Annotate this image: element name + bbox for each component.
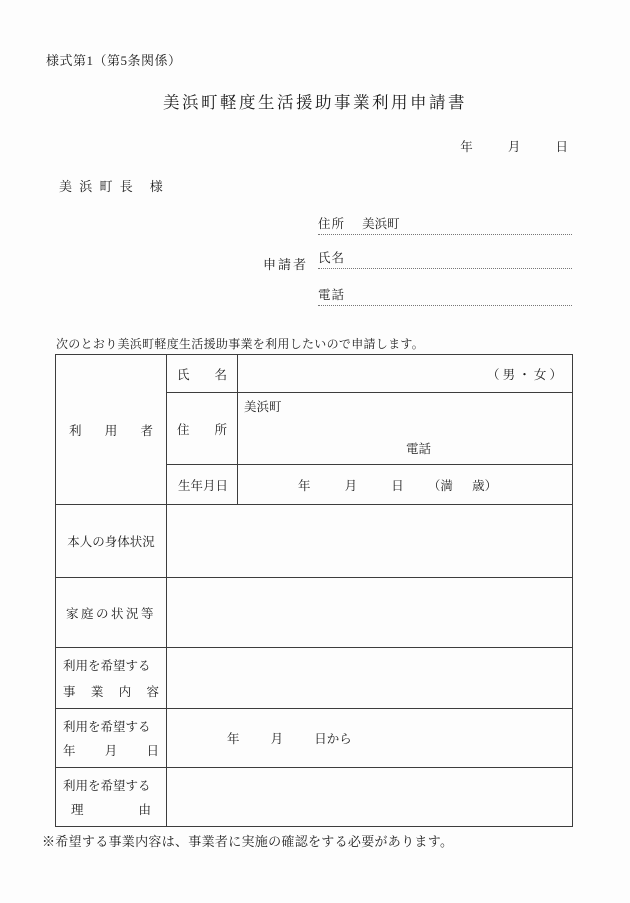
form-number: 様式第1（第5条関係） [46, 50, 182, 69]
table-row: 利用を希望する 理 由 [56, 768, 573, 827]
date-year-label: 年 [460, 140, 473, 154]
start-day-label: 日から [314, 732, 352, 746]
desired-date-label-cell: 利用を希望する 年 月 日 [56, 709, 167, 768]
application-table: 利 用 者 氏 名 （ 男 ・ 女 ） 住 所 [55, 354, 573, 827]
table-phone-label: 電話 [406, 439, 431, 457]
date-line: 年 月 日 [460, 137, 568, 155]
date-day-label: 日 [555, 140, 568, 154]
label-char: 名 [214, 365, 227, 383]
birth-date-label-cell: 生年月日 [167, 465, 238, 505]
name-label: 氏名 [318, 251, 345, 265]
family-status-label-cell: 家庭の状況等 [56, 578, 167, 648]
desired-reason-input-cell [167, 768, 573, 827]
label-char: 日 [146, 741, 159, 759]
label-char: 氏 [177, 365, 190, 383]
address-label: 住所 [318, 217, 345, 231]
label-line: 利用を希望する [63, 776, 159, 794]
application-form-page: 様式第1（第5条関係） 美浜町軽度生活援助事業利用申請書 年 月 日 美 浜 町… [0, 0, 630, 903]
birth-month-label: 月 [345, 479, 358, 493]
table-row: 利用を希望する 事 業 内 容 [56, 648, 573, 709]
address-prefill: 美浜町 [244, 397, 282, 415]
desired-reason-label-cell: 利用を希望する 理 由 [56, 768, 167, 827]
label-char: 内 [119, 682, 132, 700]
label-char: 由 [138, 800, 151, 818]
family-status-input-cell [167, 578, 573, 648]
table-row: 本人の身体状況 [56, 505, 573, 578]
form-title: 美浜町軽度生活援助事業利用申請書 [0, 89, 630, 113]
footnote: ※希望する事業内容は、事業者に実施の確認をする必要があります。 [42, 831, 453, 850]
applicant-address-field: 住所 美浜町 [318, 214, 572, 235]
phone-label: 電話 [318, 288, 345, 302]
desired-service-input-cell [167, 648, 573, 709]
table-row: 利用を希望する 年 月 日 年 月 日から [56, 709, 573, 768]
start-year-label: 年 [227, 732, 240, 746]
date-month-label: 月 [508, 140, 521, 154]
birth-year-label: 年 [298, 479, 311, 493]
start-month-label: 月 [271, 732, 284, 746]
physical-condition-input-cell [167, 505, 573, 578]
label-char: 月 [105, 741, 118, 759]
physical-condition-label-cell: 本人の身体状況 [56, 505, 167, 578]
address-value: 美浜町 [362, 217, 400, 231]
user-group-char: 利 [69, 421, 82, 439]
label-char: 業 [91, 682, 104, 700]
user-address-label-cell: 住 所 [167, 393, 238, 465]
user-group-char: 用 [105, 421, 118, 439]
age-open-label: （満 [428, 479, 453, 493]
user-address-input-cell: 美浜町 電話 [238, 393, 573, 465]
label-char: 理 [71, 800, 84, 818]
user-name-input-cell: （ 男 ・ 女 ） [238, 355, 573, 393]
intro-sentence: 次のとおり美浜町軽度生活援助事業を利用したいので申請します。 [56, 335, 424, 352]
desired-date-input-cell: 年 月 日から [167, 709, 573, 768]
label-line: 利用を希望する [63, 717, 159, 735]
user-name-label-cell: 氏 名 [167, 355, 238, 393]
label-char: 住 [177, 420, 190, 438]
label-char: 事 [63, 682, 76, 700]
applicant-name-field: 氏名 [318, 248, 572, 269]
addressee: 美 浜 町 長 様 [59, 176, 165, 195]
user-group-char: 者 [140, 421, 153, 439]
label-char: 所 [214, 420, 227, 438]
user-group-cell: 利 用 者 [56, 355, 167, 505]
label-char: 年 [63, 741, 76, 759]
birth-date-input-cell: 年 月 日 （満 歳） [238, 465, 573, 505]
gender-note: （ 男 ・ 女 ） [487, 368, 562, 382]
age-close-label: 歳） [472, 479, 497, 493]
label-line: 利用を希望する [63, 656, 159, 674]
birth-day-label: 日 [391, 479, 404, 493]
desired-service-label-cell: 利用を希望する 事 業 内 容 [56, 648, 167, 709]
table-row: 利 用 者 氏 名 （ 男 ・ 女 ） [56, 355, 573, 393]
applicant-phone-field: 電話 [318, 285, 572, 306]
applicant-label: 申請者 [263, 254, 308, 273]
label-char: 容 [146, 682, 159, 700]
table-row: 家庭の状況等 [56, 578, 573, 648]
